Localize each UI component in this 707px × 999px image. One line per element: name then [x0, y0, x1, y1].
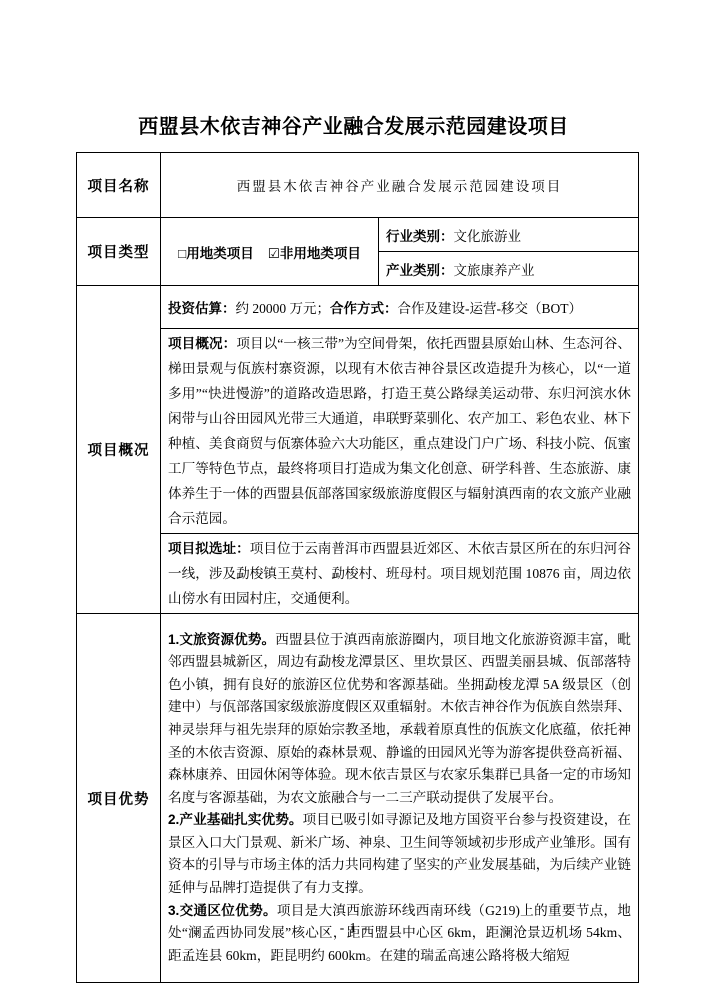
- cooperation-value: 合作及建设-运营-移交（BOT）: [398, 301, 583, 316]
- checkbox-checked-icon: ☑: [268, 246, 280, 261]
- project-type-checkbox-cell: □用地类项目☑非用地类项目: [161, 218, 379, 286]
- table-row: 项目类型 □用地类项目☑非用地类项目 行业类别：文化旅游业: [77, 218, 639, 252]
- sector-category-cell: 产业类别：文旅康养产业: [379, 252, 639, 286]
- project-name-value: 西盟县木依吉神谷产业融合发展示范园建设项目: [161, 153, 639, 218]
- table-row: 项目概况 投资估算：约 20000 万元；合作方式：合作及建设-运营-移交（BO…: [77, 286, 639, 329]
- project-brief-label: 项目概况：: [168, 336, 236, 351]
- checkbox-label-land: 用地类项目: [186, 246, 254, 261]
- project-brief-text: 项目以“一核三带”为空间骨架，依托西盟县原始山林、生态河谷、梯田景观与佤族村寨资…: [168, 336, 631, 526]
- checkbox-line: □用地类项目☑非用地类项目: [168, 242, 371, 262]
- table-row: 项目概况：项目以“一核三带”为空间骨架，依托西盟县原始山林、生态河谷、梯田景观与…: [77, 329, 639, 534]
- project-brief-cell: 项目概况：项目以“一核三带”为空间骨架，依托西盟县原始山林、生态河谷、梯田景观与…: [161, 329, 639, 534]
- row-label-project-overview: 项目概况: [77, 286, 161, 614]
- project-site-label: 项目拟选址：: [168, 541, 250, 556]
- checkbox-label-nonland: 非用地类项目: [280, 246, 361, 261]
- advantage-3-lead: 3.交通区位优势。: [168, 903, 277, 918]
- investment-value: 约 20000 万元；: [236, 301, 331, 316]
- advantage-2-lead: 2.产业基础扎实优势。: [168, 812, 303, 827]
- row-label-project-type: 项目类型: [77, 218, 161, 286]
- table-row: 项目拟选址：项目位于云南普洱市西盟县近郊区、木依吉景区所在的东归河谷一线，涉及勐…: [77, 534, 639, 614]
- sector-category-label: 产业类别：: [386, 263, 454, 278]
- cooperation-label: 合作方式：: [330, 301, 398, 316]
- advantage-1-lead: 1.文旅资源优势。: [168, 632, 275, 647]
- industry-category-value: 文化旅游业: [454, 229, 522, 244]
- sector-category-value: 文旅康养产业: [454, 263, 535, 278]
- advantage-1-text: 西盟县位于滇西南旅游圈内，项目地文化旅游资源丰富，毗邻西盟县城新区，周边有勐梭龙…: [168, 632, 631, 805]
- table-row: 项目名称 西盟县木依吉神谷产业融合发展示范园建设项目: [77, 153, 639, 218]
- project-site-paragraph: 项目拟选址：项目位于云南普洱市西盟县近郊区、木依吉景区所在的东归河谷一线，涉及勐…: [168, 536, 631, 611]
- advantage-item-1: 1.文旅资源优势。西盟县位于滇西南旅游圈内，项目地文化旅游资源丰富，毗邻西盟县城…: [168, 629, 631, 810]
- project-info-table: 项目名称 西盟县木依吉神谷产业融合发展示范园建设项目 项目类型 □用地类项目☑非…: [76, 152, 639, 983]
- industry-category-cell: 行业类别：文化旅游业: [379, 218, 639, 252]
- advantage-item-2: 2.产业基础扎实优势。项目已吸引如寻源记及地方国资平台参与投资建设，在景区入口大…: [168, 809, 631, 899]
- investment-cell: 投资估算：约 20000 万元；合作方式：合作及建设-运营-移交（BOT）: [161, 286, 639, 329]
- document-page: 西盟县木依吉神谷产业融合发展示范园建设项目 项目名称 西盟县木依吉神谷产业融合发…: [0, 0, 707, 999]
- industry-category-label: 行业类别：: [386, 229, 454, 244]
- row-label-project-name: 项目名称: [77, 153, 161, 218]
- project-site-cell: 项目拟选址：项目位于云南普洱市西盟县近郊区、木依吉景区所在的东归河谷一线，涉及勐…: [161, 534, 639, 614]
- project-brief-paragraph: 项目概况：项目以“一核三带”为空间骨架，依托西盟县原始山林、生态河谷、梯田景观与…: [168, 331, 631, 531]
- investment-label: 投资估算：: [168, 301, 236, 316]
- document-title: 西盟县木依吉神谷产业融合发展示范园建设项目: [0, 110, 707, 139]
- page-number: - 1 -: [0, 920, 707, 936]
